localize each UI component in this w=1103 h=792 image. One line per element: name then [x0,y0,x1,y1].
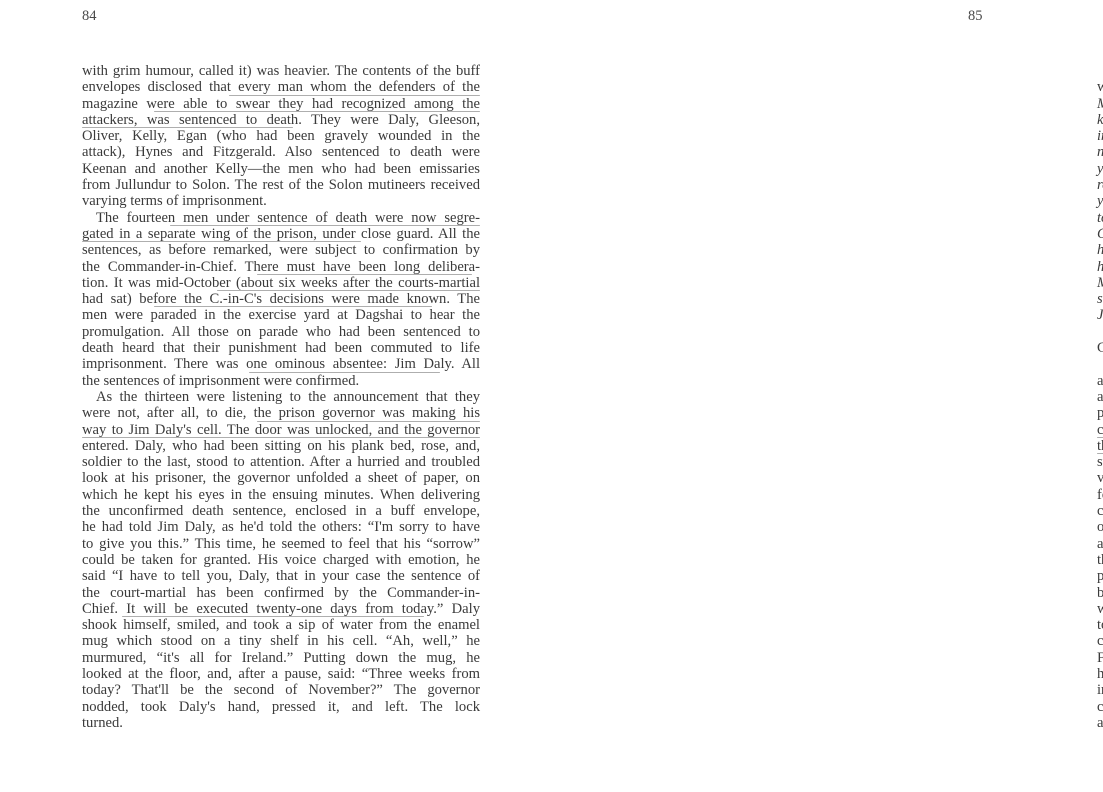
text-line: had sat) before the C.-in-C's decisions … [82,291,480,307]
text-line: As the thirteen were listening to the an… [82,389,480,405]
text-line: would die on his feet, looking his execu… [1097,601,1103,617]
text-line: promulgation. All those on parade who ha… [82,324,480,340]
text-line: part in the mutinies at Jullundur and So… [1097,405,1103,421]
text-line: were not, after all, to die, the prison … [82,405,480,421]
text-line: Keenan and another Kelly—the men who had… [82,161,480,177]
text-line: ing, the 1st of November. What harm, it … [1097,128,1103,144]
left-page: 84 with grim humour, called it) was heav… [0,0,540,792]
roman-text: which he sat down that night to write to… [1097,79,1103,95]
pencil-underline [154,111,480,112]
text-line: sake of his country. God bless Ireland, … [1097,291,1103,307]
right-page: 85 “It's all for Ireland.” Daly repeated… [540,0,1103,792]
text-line: he had told Jim Daly, as he'd told the o… [82,519,480,535]
text-line: attackers, was sentenced to death. They … [82,112,480,128]
page-body-text: with grim humour, called it) was heavier… [82,63,480,731]
pencil-underline [1097,453,1103,454]
text-line: certainly, the only one of the inmates w… [1097,422,1103,438]
text-line: an improvised collar of Ireland's green. [1097,715,1103,731]
text-line: with grim humour, called it) was heavier… [82,63,480,79]
pencil-underline [82,127,293,128]
pencil-underline [170,225,480,226]
text-line: the Commander-in-Chief. There must have … [82,259,480,275]
text-line: entered. Daly, who had been sitting on h… [82,438,480,454]
text-line: God and John.” [1097,340,1103,356]
page-number: 84 [82,8,97,25]
text-line: you need not worry over me . . . I am th… [1097,193,1103,209]
text-line: Chief. It will be executed twenty-one da… [82,601,480,617]
text-line: varying terms of imprisonment. [82,193,480,209]
text-line: caused) the deaths of the men who had fa… [1097,503,1103,519]
text-line: consent either to be bound in a chair or… [1097,633,1103,649]
text-line: magazine were able to swear they had rec… [82,96,480,112]
text-line: soldier to the last, stood to attention.… [82,454,480,470]
text-line: Jim.” [1097,307,1103,323]
text-line: nodded, took Daly's hand, pressed it, an… [82,699,480,715]
text-line: tion. It was mid-October (about six week… [82,275,480,291]
text-line: During the three weeks that elapsed befo… [1097,356,1103,372]
text-line: the sentences of imprisonment were confi… [82,373,480,389]
text-line: vehement penitence for breaking his prom… [1097,470,1103,486]
text-line: he urged, the officer was only doing his… [1097,666,1103,682]
text-line: Mass said for the soul of your son James… [1097,275,1103,291]
text-line: Father Baker who persuaded him to accept… [1097,650,1103,666]
pencil-underline [257,274,472,275]
pencil-underline [122,616,424,617]
text-line: said “I have to tell you, Daly, that in … [82,568,480,584]
text-line: men were paraded in the exercise yard at… [82,307,480,323]
text-line: heart. I know it will be hard on you . .… [1097,259,1103,275]
pencil-underline [249,372,440,373]
page-number: 85 [968,8,983,25]
text-line: amongst the men in Dagshai who had been … [1097,389,1103,405]
pencil-underline [217,290,480,291]
text-line: death heard that their punishment had be… [82,340,480,356]
text-line: hope, dear mother. You will be put about… [1097,242,1103,258]
text-line: which he sat down that night to write to… [1097,79,1103,95]
text-line: the place of execution, there was to be … [1097,552,1103,568]
text-line: the unconfirmed death sentence, enclosed… [82,503,480,519]
text-line: not afraid to die, but it is thinking of… [1097,144,1103,160]
text-line: to give you this.” This time, he seemed … [82,536,480,552]
text-line: could be taken for granted. His voice ch… [82,552,480,568]
text-line: mug which stood on a tiny shelf in his c… [82,633,480,649]
text-line: know the dreadful news, that I am to be … [1097,112,1103,128]
pencil-underline [82,437,480,438]
text-line: you will be happy on earth I will be hap… [1097,161,1103,177]
pencil-underline [229,95,480,96]
text-line: shook himself, smiled, and took a sip of… [82,617,480,633]
text-line: prevent. But again the priest intervened… [1097,568,1103,584]
text-line: told the officer in charge of the procee… [1097,617,1103,633]
text-line: look at his prisoner, the governor unfol… [82,470,480,486]
text-line: envelopes disclosed that every man whom … [82,79,480,95]
text-line: The letter bears the address: “My addres… [1097,324,1103,340]
text-line: for causing (as, despite the priest's co… [1097,487,1103,503]
text-line: stantly visited him during the twenty-on… [1097,454,1103,470]
text-line: to be put out of this world but I am rea… [1097,210,1103,226]
text-line: and further bloodshed on that occasion. … [1097,536,1103,552]
text-line: God bless you all, hoping to meet you al… [1097,226,1103,242]
text-line: instructions of his superiors, in imposi… [1097,682,1103,698]
pencil-underline [257,421,480,422]
text-line: sentences, as before remarked, were subj… [82,242,480,258]
text-line: turned. [82,715,480,731]
text-line: today? That'll be the second of November… [82,682,480,698]
text-line: “It's all for Ireland.” Daly repeated th… [1097,63,1103,79]
text-line: on the hillside at Solon. Father Baker h… [1097,519,1103,535]
pencil-underline [1097,437,1103,438]
text-line: The fourteen men under sentence of death… [82,210,480,226]
text-line: be said, of non-violence. Jim Daly had b… [1097,585,1103,601]
text-line: attack), Hynes and Fitzgerald. Also sent… [82,144,480,160]
text-line: Oliver, Kelly, Egan (who had been gravel… [82,128,480,144]
text-line: murmured, “it's all for Ireland.” Puttin… [82,650,480,666]
text-line: imprisonment. There was one ominous abse… [82,356,480,372]
text-line: cells recited the Rosary as he walked ou… [1097,699,1103,715]
text-line: looked at the floor, and, after a pause,… [82,666,480,682]
text-line: gated in a separate wing of the prison, … [82,226,480,242]
text-line: Mother: I take this opportunity of writi… [1097,96,1103,112]
text-line: from Jullundur to Solon. The rest of the… [82,177,480,193]
text-line: ready to meet my doom. The priest is wit… [1097,177,1103,193]
page-body-text: “It's all for Ireland.” Daly repeated th… [1097,63,1103,731]
text-line: way to Jim Daly's cell. The door was unl… [82,422,480,438]
text-line: which he kept his eyes in the ensuing mi… [82,487,480,503]
text-line: a firing squad, Jim Daly's was the only … [1097,373,1103,389]
text-line: the day on which he was doomed to die. F… [1097,438,1103,454]
text-line: the court-martial has been confirmed by … [82,585,480,601]
